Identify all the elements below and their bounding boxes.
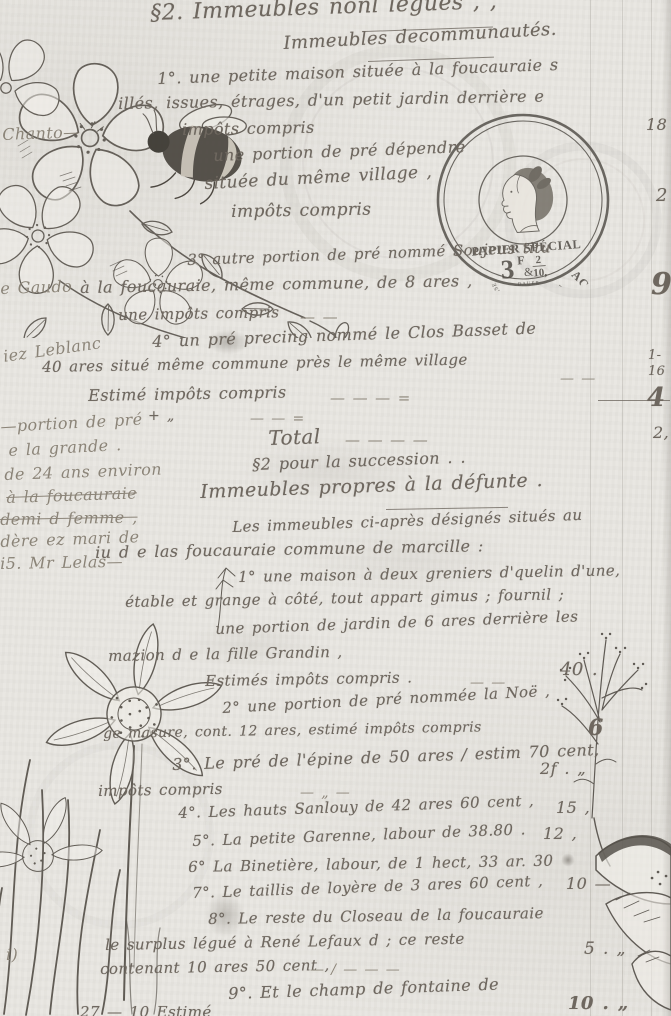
marianne-head-icon xyxy=(499,161,561,233)
narcissus-illustration xyxy=(0,548,327,1016)
stamp-special-label: PAPIER SPÉCIAL xyxy=(471,237,582,259)
stamp-value: 3 xyxy=(500,254,516,285)
manuscript-page: ACTES DE L'ÉTAT CIVIL ET EXPÉDITIONS RÉP… xyxy=(0,0,671,1016)
revenue-stamp: ACTES DE L'ÉTAT CIVIL ET EXPÉDITIONS RÉP… xyxy=(428,105,618,295)
stamp-fraction-numerator: 2 xyxy=(535,254,542,266)
wild-rose-bee-illustration xyxy=(0,26,435,338)
rose-blossom xyxy=(102,226,215,338)
wildflower-sprig-illustration xyxy=(540,604,671,1016)
stamp-fraction-denominator: 10, xyxy=(533,267,548,280)
rose-blossom xyxy=(0,26,83,164)
page-edge-shadow xyxy=(662,0,671,1016)
stamp-engraver-text: DAUER xyxy=(518,281,541,288)
narcissus-flower xyxy=(32,606,236,821)
rose-bud xyxy=(327,319,354,338)
